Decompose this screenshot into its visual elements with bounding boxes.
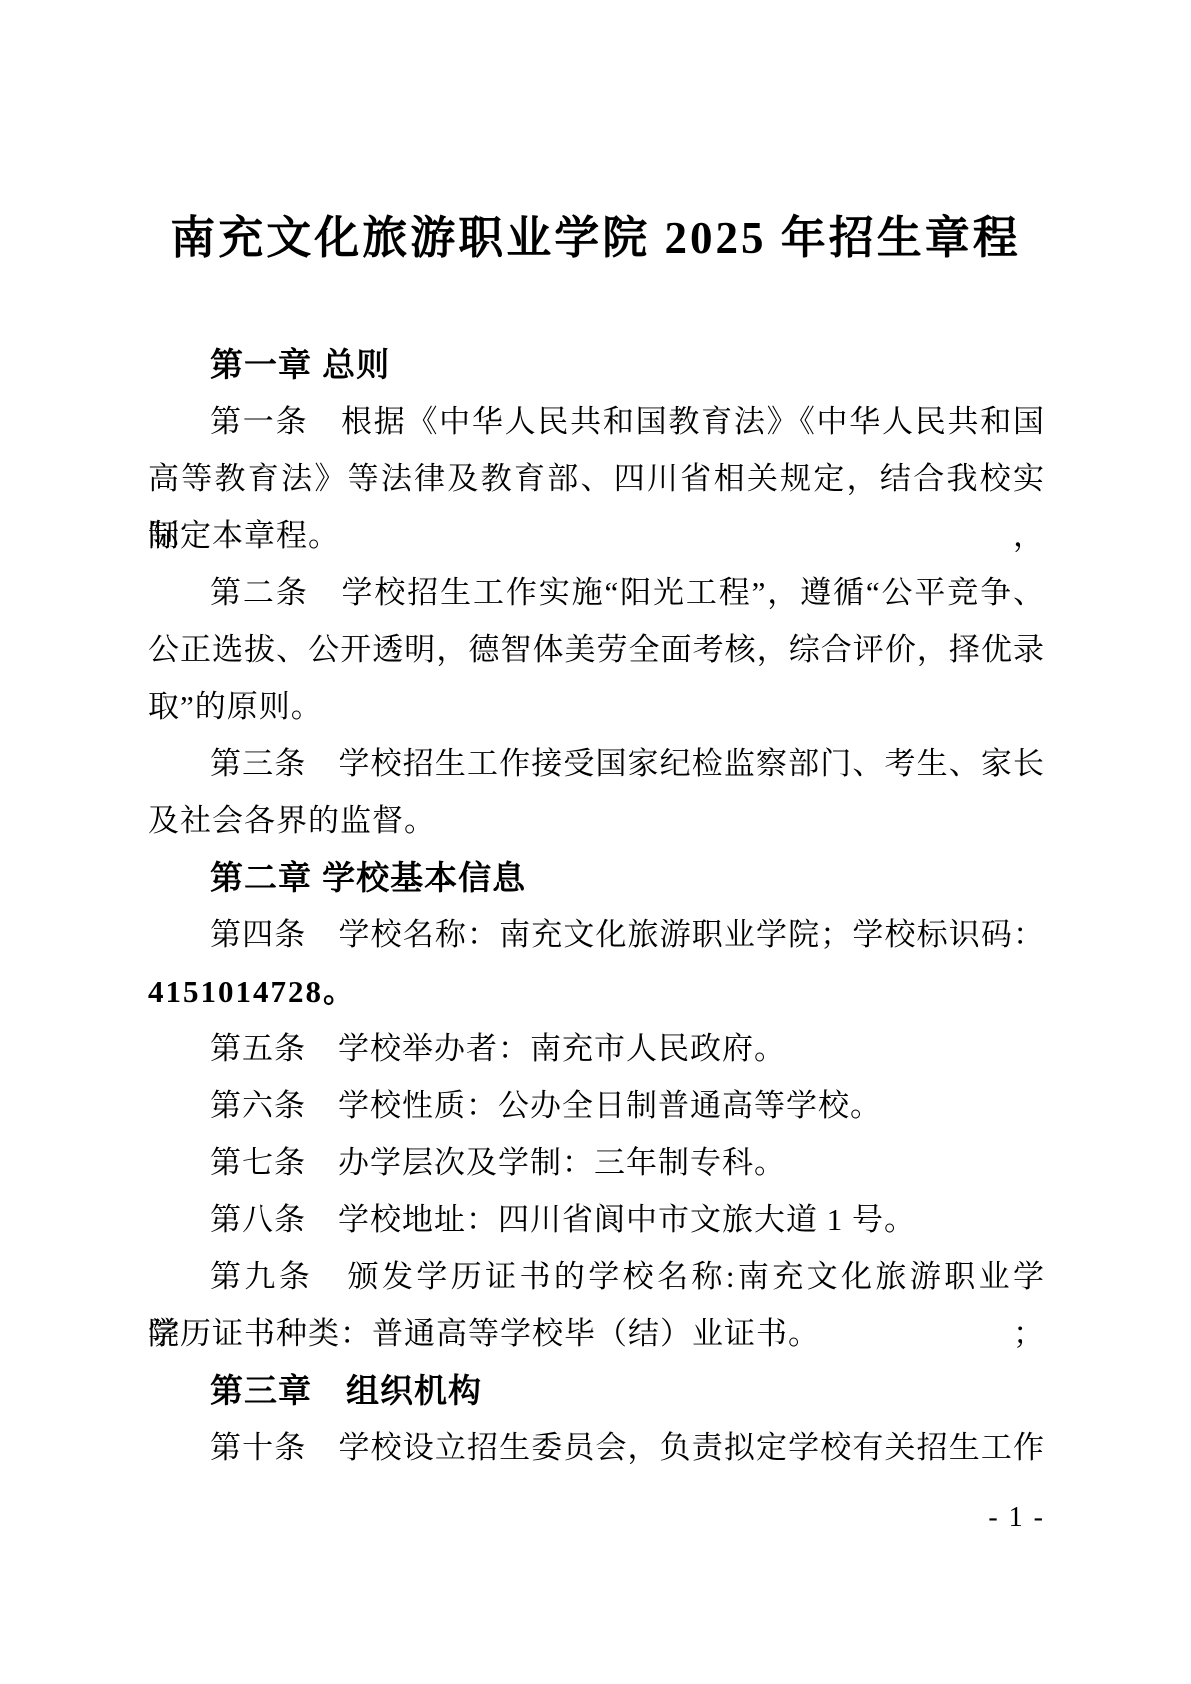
document-line: 高等教育法》等法律及教育部、四川省相关规定，结合我校实际， [148,450,1045,507]
chapter-heading: 第二章 学校基本信息 [148,849,1045,906]
document-line: 取”的原则。 [148,678,1045,735]
document-line: 第三条 学校招生工作接受国家纪检监察部门、考生、家长 [148,735,1045,792]
chapter-heading: 第一章 总则 [148,336,1045,393]
document-line: 第六条 学校性质：公办全日制普通高等学校。 [148,1077,1045,1134]
document-line: 第八条 学校地址：四川省阆中市文旅大道 1 号。 [148,1191,1045,1248]
document-line: 第十条 学校设立招生委员会，负责拟定学校有关招生工作 [148,1419,1045,1476]
document-line: 第五条 学校举办者：南充市人民政府。 [148,1020,1045,1077]
chapter-heading: 第三章 组织机构 [148,1362,1045,1419]
document-line: 及社会各界的监督。 [148,792,1045,849]
document-page: 南充文化旅游职业学院 2025 年招生章程 第一章 总则 第一条 根据《中华人民… [0,0,1191,1684]
document-line: 第九条 颁发学历证书的学校名称:南充文化旅游职业学院； [148,1248,1045,1305]
document-body: 第一章 总则 第一条 根据《中华人民共和国教育法》《中华人民共和国 高等教育法》… [148,336,1045,1476]
document-line: 第一条 根据《中华人民共和国教育法》《中华人民共和国 [148,393,1045,450]
document-line: 第七条 办学层次及学制：三年制专科。 [148,1134,1045,1191]
school-code: 4151014728。 [148,963,1045,1020]
document-line: 第四条 学校名称：南充文化旅游职业学院；学校标识码： [148,906,1045,963]
document-title: 南充文化旅游职业学院 2025 年招生章程 [0,214,1191,262]
document-line: 第二条 学校招生工作实施“阳光工程”，遵循“公平竞争、 [148,564,1045,621]
page-number: - 1 - [148,1502,1045,1534]
document-line: 公正选拔、公开透明，德智体美劳全面考核，综合评价，择优录 [148,621,1045,678]
